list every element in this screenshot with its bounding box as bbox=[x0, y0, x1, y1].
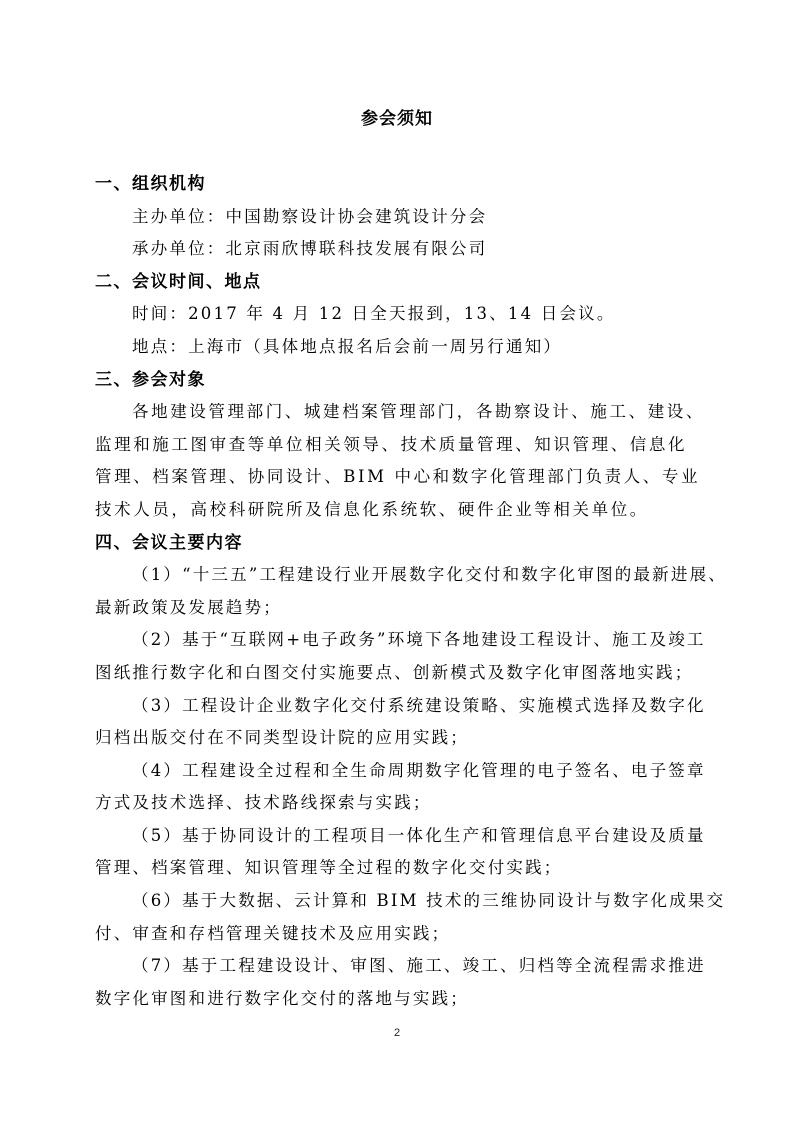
attendees-text-line: 技术人员，高校科研院所及信息化系统软、硬件企业等相关单位。 bbox=[95, 494, 699, 527]
content-item-2-cont: 图纸推行数字化和白图交付实施要点、创新模式及数字化审图落地实践； bbox=[95, 657, 699, 690]
meeting-time: 时间：2017 年 4 月 12 日全天报到，13、14 日会议。 bbox=[95, 298, 699, 331]
attendees-text-line: 监理和施工图审查等单位相关领导、技术质量管理、知识管理、信息化 bbox=[95, 429, 699, 462]
content-item-7: （7）基于工程建设设计、审图、施工、竣工、归档等全流程需求推进 bbox=[95, 950, 699, 983]
content-item-6-cont: 付、审查和存档管理关键技术及应用实践； bbox=[95, 918, 699, 951]
content-item-1: （1）“十三五”工程建设行业开展数字化交付和数字化审图的最新进展、 bbox=[95, 559, 699, 592]
section-heading-main-content: 四、会议主要内容 bbox=[95, 527, 699, 560]
attendees-text-line: 管理、档案管理、协同设计、BIM 中心和数字化管理部门负责人、专业 bbox=[95, 461, 699, 494]
meeting-location: 地点：上海市（具体地点报名后会前一周另行通知） bbox=[95, 331, 699, 364]
content-item-3-cont: 归档出版交付在不同类型设计院的应用实践； bbox=[95, 722, 699, 755]
content-item-4-cont: 方式及技术选择、技术路线探索与实践； bbox=[95, 787, 699, 820]
content-item-1-cont: 最新政策及发展趋势； bbox=[95, 592, 699, 625]
section-heading-attendees: 三、参会对象 bbox=[95, 364, 699, 397]
content-item-5-cont: 管理、档案管理、知识管理等全过程的数字化交付实践； bbox=[95, 852, 699, 885]
attendees-text-line: 各地建设管理部门、城建档案管理部门，各勘察设计、施工、建设、 bbox=[95, 396, 699, 429]
document-body: 一、组织机构 主办单位：中国勘察设计协会建筑设计分会 承办单位：北京雨欣博联科技… bbox=[95, 168, 699, 1015]
document-page: 参会须知 一、组织机构 主办单位：中国勘察设计协会建筑设计分会 承办单位：北京雨… bbox=[0, 0, 794, 1123]
page-title: 参会须知 bbox=[0, 104, 794, 129]
content-item-4: （4）工程建设全过程和全生命周期数字化管理的电子签名、电子签章 bbox=[95, 755, 699, 788]
section-heading-time-location: 二、会议时间、地点 bbox=[95, 266, 699, 299]
content-item-3: （3）工程设计企业数字化交付系统建设策略、实施模式选择及数字化 bbox=[95, 690, 699, 723]
page-number: 2 bbox=[0, 1027, 794, 1039]
host-organization: 主办单位：中国勘察设计协会建筑设计分会 bbox=[95, 201, 699, 234]
organizer: 承办单位：北京雨欣博联科技发展有限公司 bbox=[95, 233, 699, 266]
section-heading-organization: 一、组织机构 bbox=[95, 168, 699, 201]
content-item-5: （5）基于协同设计的工程项目一体化生产和管理信息平台建设及质量 bbox=[95, 820, 699, 853]
content-item-2: （2）基于“互联网+电子政务”环境下各地建设工程设计、施工及竣工 bbox=[95, 624, 699, 657]
content-item-6: （6）基于大数据、云计算和 BIM 技术的三维协同设计与数字化成果交 bbox=[95, 885, 699, 918]
content-item-7-cont: 数字化审图和进行数字化交付的落地与实践； bbox=[95, 983, 699, 1016]
